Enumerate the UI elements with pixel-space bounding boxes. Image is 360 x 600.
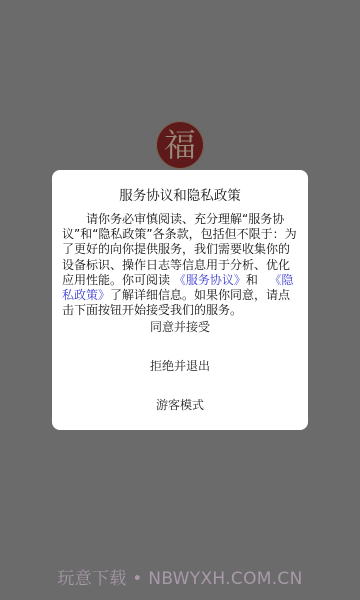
agree-button[interactable]: 同意并接受 xyxy=(52,315,308,339)
dialog-title: 服务协议和隐私政策 xyxy=(52,184,308,204)
dialog-body: 请你务必审慎阅读、充分理解“服务协议”和“隐私政策”各条款，包括但不限于：为了更… xyxy=(62,212,300,318)
app-logo: 福 xyxy=(156,121,204,169)
privacy-agreement-dialog: 服务协议和隐私政策 请你务必审慎阅读、充分理解“服务协议”和“隐私政策”各条款，… xyxy=(52,170,308,430)
body-and: 和 xyxy=(246,273,258,287)
fu-logo-icon: 福 xyxy=(164,129,196,161)
watermark: 玩意下载 • NBWYXH.COM.CN xyxy=(0,564,360,589)
guest-mode-button[interactable]: 游客模式 xyxy=(52,393,308,417)
service-agreement-link[interactable]: 《服务协议》 xyxy=(174,273,246,287)
reject-exit-button[interactable]: 拒绝并退出 xyxy=(52,354,308,378)
